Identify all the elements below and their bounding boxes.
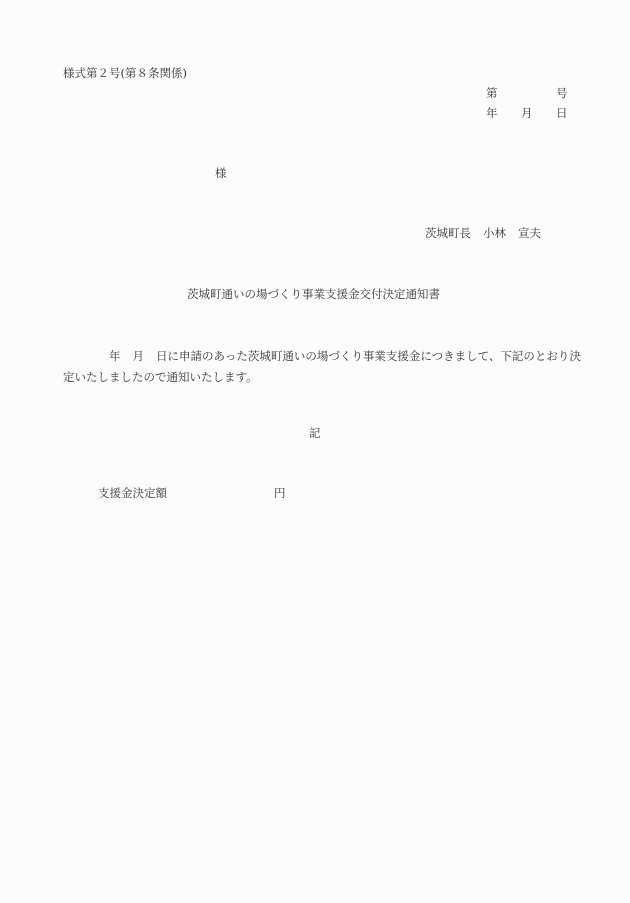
issue-number-prefix: 第 (486, 86, 498, 101)
document-title: 茨城町通いの場づくり事業支援金交付決定通知書 (187, 287, 440, 302)
issue-number-suffix: 号 (556, 86, 568, 101)
ki-heading: 記 (309, 426, 321, 441)
issuer-given-name: 宣夫 (518, 226, 541, 240)
amount-label: 支援金決定額 (98, 486, 167, 501)
form-label: 様式第２号(第８条関係) (63, 66, 187, 81)
date-day: 日 (556, 106, 568, 121)
issuer-surname: 小林 (483, 226, 506, 240)
issuer: 茨城町長小林宣夫 (425, 226, 541, 241)
body-year: 年 (109, 349, 121, 363)
date-year: 年 (486, 106, 498, 121)
date-month: 月 (521, 106, 533, 121)
issuer-title: 茨城町長 (425, 226, 471, 240)
body-paragraph: 年月日に申請のあった茨城町通いの場づくり事業支援金につきまして、下記のとおり決定… (63, 346, 581, 388)
body-month: 月 (133, 349, 145, 363)
amount-unit: 円 (274, 486, 286, 501)
addressee-honorific: 様 (215, 166, 227, 181)
